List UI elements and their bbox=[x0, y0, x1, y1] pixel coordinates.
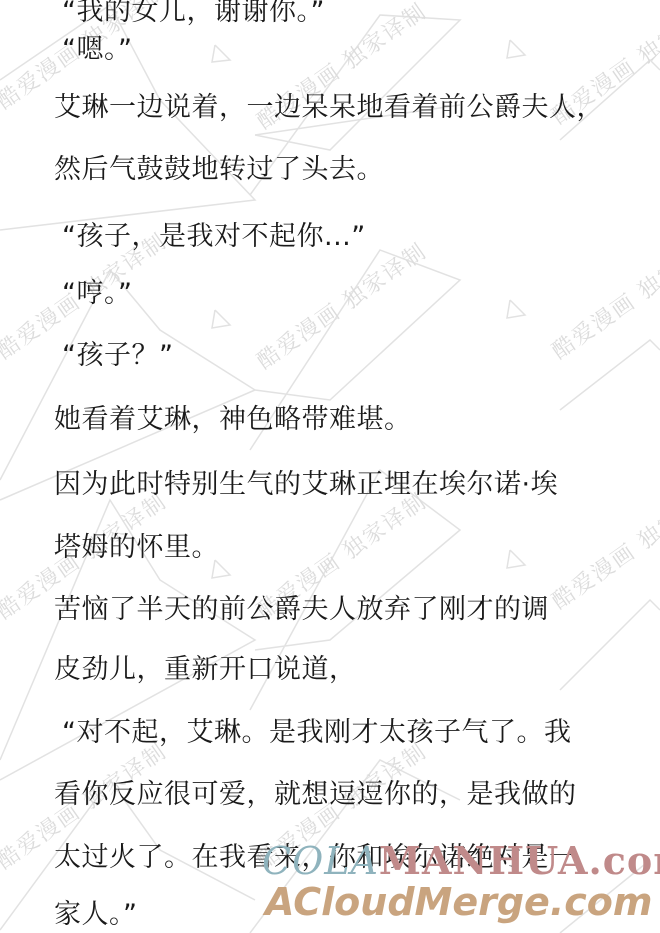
text-line: 家人。” bbox=[54, 898, 138, 932]
text-line: 因为此时特别生气的艾琳正埋在埃尔诺·埃 bbox=[54, 468, 558, 502]
text-line: “哼。” bbox=[62, 277, 132, 311]
text-line: 然后气鼓鼓地转过了头去。 bbox=[54, 153, 384, 187]
colamanhua-watermark: COLAMANHUA.com bbox=[262, 838, 660, 883]
text-line: 皮劲儿，重新开口说道， bbox=[54, 653, 357, 687]
acloudmerge-watermark: ACloudMerge.com bbox=[265, 880, 652, 924]
text-line: 她看着艾琳，神色略带难堪。 bbox=[54, 403, 412, 437]
text-line: “孩子？” bbox=[62, 339, 173, 373]
text-line: “孩子，是我对不起你...” bbox=[62, 220, 366, 254]
comic-text-page: 酷爱漫画 独家译制 酷爱漫画 独家译制 酷爱漫画 独家译制 酷爱漫画 独家译制 … bbox=[0, 0, 660, 933]
text-line: 看你反应很可爱，就想逗逗你的，是我做的 bbox=[54, 778, 577, 812]
text-line: “对不起，艾琳。是我刚才太孩子气了。我 bbox=[62, 716, 572, 750]
watermark-brand-b: MANHUA.com bbox=[379, 838, 660, 883]
text-line: “我的女儿，谢谢你。” bbox=[62, 0, 325, 29]
text-line: “嗯。” bbox=[62, 33, 132, 67]
text-line: 苦恼了半天的前公爵夫人放弃了刚才的调 bbox=[54, 593, 549, 627]
watermark-brand-a: COLA bbox=[262, 839, 379, 883]
story-text: “我的女儿，谢谢你。” “嗯。” 艾琳一边说着，一边呆呆地看着前公爵夫人， 然后… bbox=[0, 0, 660, 933]
text-line: 塔姆的怀里。 bbox=[54, 531, 219, 565]
text-line: 艾琳一边说着，一边呆呆地看着前公爵夫人， bbox=[54, 91, 604, 125]
